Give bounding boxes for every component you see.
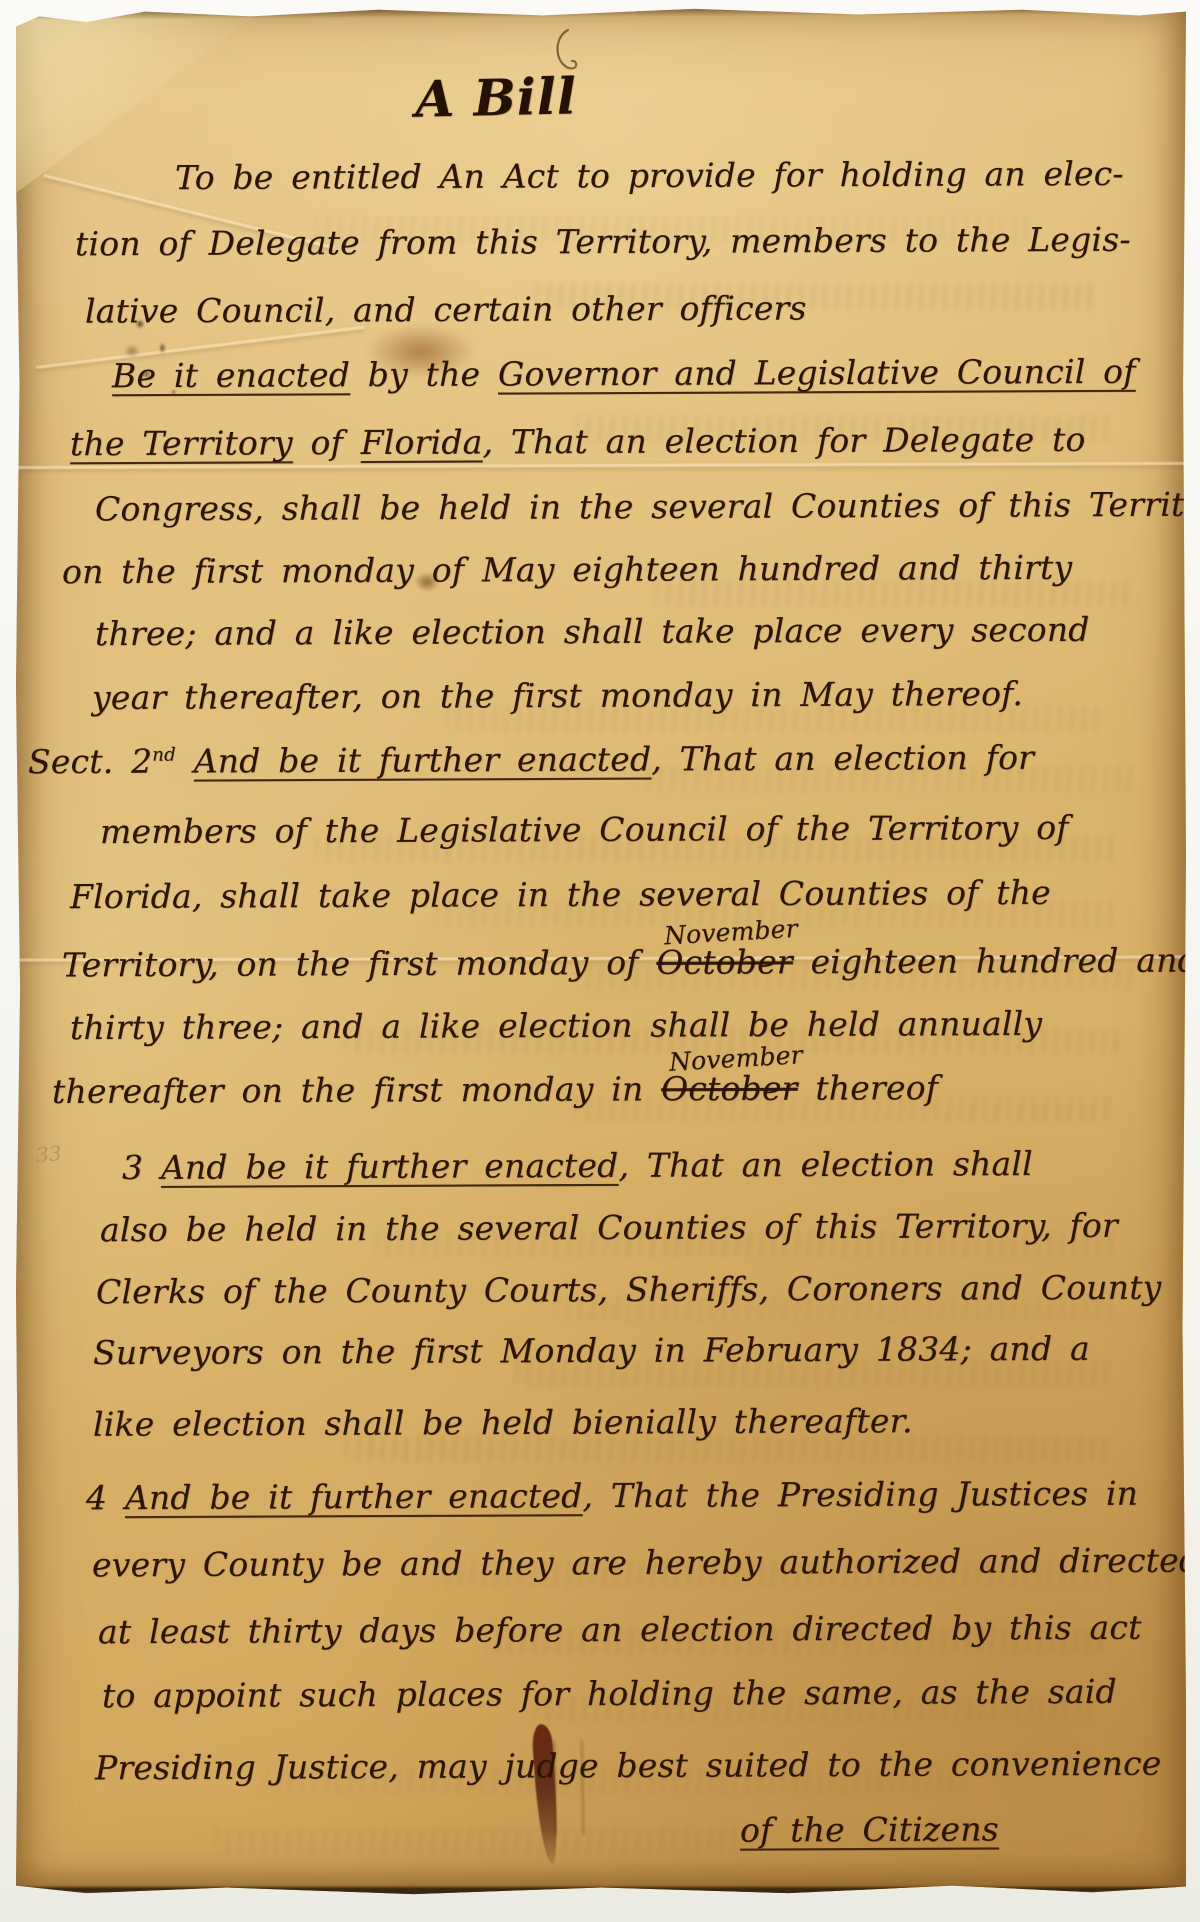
text-segment: Territory, on the first monday of [62,943,656,985]
underlined-text: of the Citizens [740,1809,999,1849]
manuscript-line-6: Congress, shall be held in the several C… [95,484,1200,528]
text-segment: every County be and they are hereby auth… [92,1541,1200,1585]
manuscript-line-14: thirty three; and a like election shall … [70,1004,1042,1047]
paper-top-edge [16,0,1186,20]
manuscript-line-19: Surveyors on the first Monday in Februar… [93,1329,1090,1372]
text-segment: Congress, shall be held in the several C… [95,484,1200,528]
manuscript-line-20: like election shall be held bienially th… [93,1401,913,1444]
text-segment: , That the Presiding Justices in [582,1474,1138,1515]
struck-word-with-correction: OctoberNovember [661,1069,798,1109]
text-segment: thereafter on the first monday in [52,1069,661,1111]
manuscript-line-4: Be it enacted by the Governor and Legisl… [112,352,1136,395]
text-segment: at least thirty days before an election … [98,1608,1142,1652]
underlined-text: the Territory [70,423,293,463]
superscript-text: nd [152,745,176,766]
paper: A Bill 33 To be entitled An Act to provi… [16,6,1186,1896]
underlined-text: And be it further enacted [125,1476,583,1517]
text-segment: thirty three; and a like election shall … [70,1004,1042,1047]
text-segment: lative Council, and certain other office… [85,288,807,330]
manuscript-line-1: To be entitled An Act to provide for hol… [175,154,1124,197]
text-segment: , That an election for Delegate to [482,420,1085,462]
underlined-text: And be it further enacted [194,739,652,780]
paper-bottom-edge [20,1887,1182,1896]
text-segment: on the first monday of May eighteen hund… [62,548,1072,591]
manuscript-line-7: on the first monday of May eighteen hund… [62,548,1072,591]
text-segment: of [293,423,361,462]
underlined-text: Florida [361,422,483,462]
text-segment: eighteen hundred and [793,941,1199,982]
text-segment: thereof [798,1068,939,1108]
text-segment: to appoint such places for holding the s… [102,1672,1117,1715]
text-segment: 3 [122,1148,161,1187]
underlined-text: Governor and Legislative Council of [498,352,1136,394]
manuscript-line-22: every County be and they are hereby auth… [92,1541,1200,1585]
text-segment [176,741,194,780]
bleed-through-band [216,1828,736,1854]
underlined-text: Be it enacted [112,355,350,395]
scan-background: { "document": { "title": "A Bill", "marg… [0,0,1200,1922]
manuscript-line-21: 4 And be it further enacted, That the Pr… [86,1474,1138,1518]
text-segment: Sect. 2 [28,742,152,782]
text-segment: tion of Delegate from this Territory, me… [75,220,1131,264]
manuscript-line-12: Florida, shall take place in the several… [70,873,1051,916]
margin-note-pencil: 33 [35,1141,62,1167]
text-segment: three; and a like election shall take pl… [95,610,1090,653]
struck-word-with-correction: OctoberNovember [656,942,793,982]
manuscript-line-3: lative Council, and certain other office… [85,288,807,330]
text-segment: Surveyors on the first Monday in Februar… [93,1329,1090,1372]
text-segment: Presiding Justice, may judge best suited… [95,1744,1162,1788]
manuscript-line-23: at least thirty days before an election … [98,1608,1142,1652]
manuscript-line-24: to appoint such places for holding the s… [102,1672,1117,1715]
text-segment: by the [350,355,498,395]
text-segment: year thereafter, on the first monday in … [92,674,1023,717]
manuscript-line-10: Sect. 2nd And be it further enacted, Tha… [28,738,1034,781]
manuscript-line-17: also be held in the several Counties of … [100,1206,1118,1249]
text-segment: Florida, shall take place in the several… [70,873,1051,916]
manuscript-line-16: 3 And be it further enacted, That an ele… [122,1144,1033,1187]
text-segment: Clerks of the County Courts, Sheriffs, C… [96,1268,1162,1312]
fold-crease [16,462,1186,469]
text-segment: members of the Legislative Council of th… [100,808,1069,851]
text-segment: , That an election shall [618,1144,1033,1185]
text-segment: like election shall be held bienially th… [93,1401,913,1444]
manuscript-line-2: tion of Delegate from this Territory, me… [75,220,1131,264]
manuscript-line-26: of the Citizens [740,1809,999,1849]
manuscript-line-5: the Territory of Florida, That an electi… [70,420,1086,463]
text-segment: 4 [86,1478,125,1517]
text-segment: , That an election for [651,738,1034,779]
text-segment: also be held in the several Counties of … [100,1206,1118,1249]
manuscript-line-8: three; and a like election shall take pl… [95,610,1090,653]
underlined-text: And be it further enacted [161,1146,619,1187]
manuscript-line-18: Clerks of the County Courts, Sheriffs, C… [96,1268,1162,1312]
manuscript-line-25: Presiding Justice, may judge best suited… [95,1744,1162,1788]
text-segment: To be entitled An Act to provide for hol… [175,154,1124,197]
manuscript-line-11: members of the Legislative Council of th… [100,808,1069,851]
manuscript-line-13: Territory, on the first monday of Octobe… [62,941,1199,985]
manuscript-line-15: thereafter on the first monday in Octobe… [52,1068,938,1111]
manuscript-line-9: year thereafter, on the first monday in … [92,674,1023,717]
